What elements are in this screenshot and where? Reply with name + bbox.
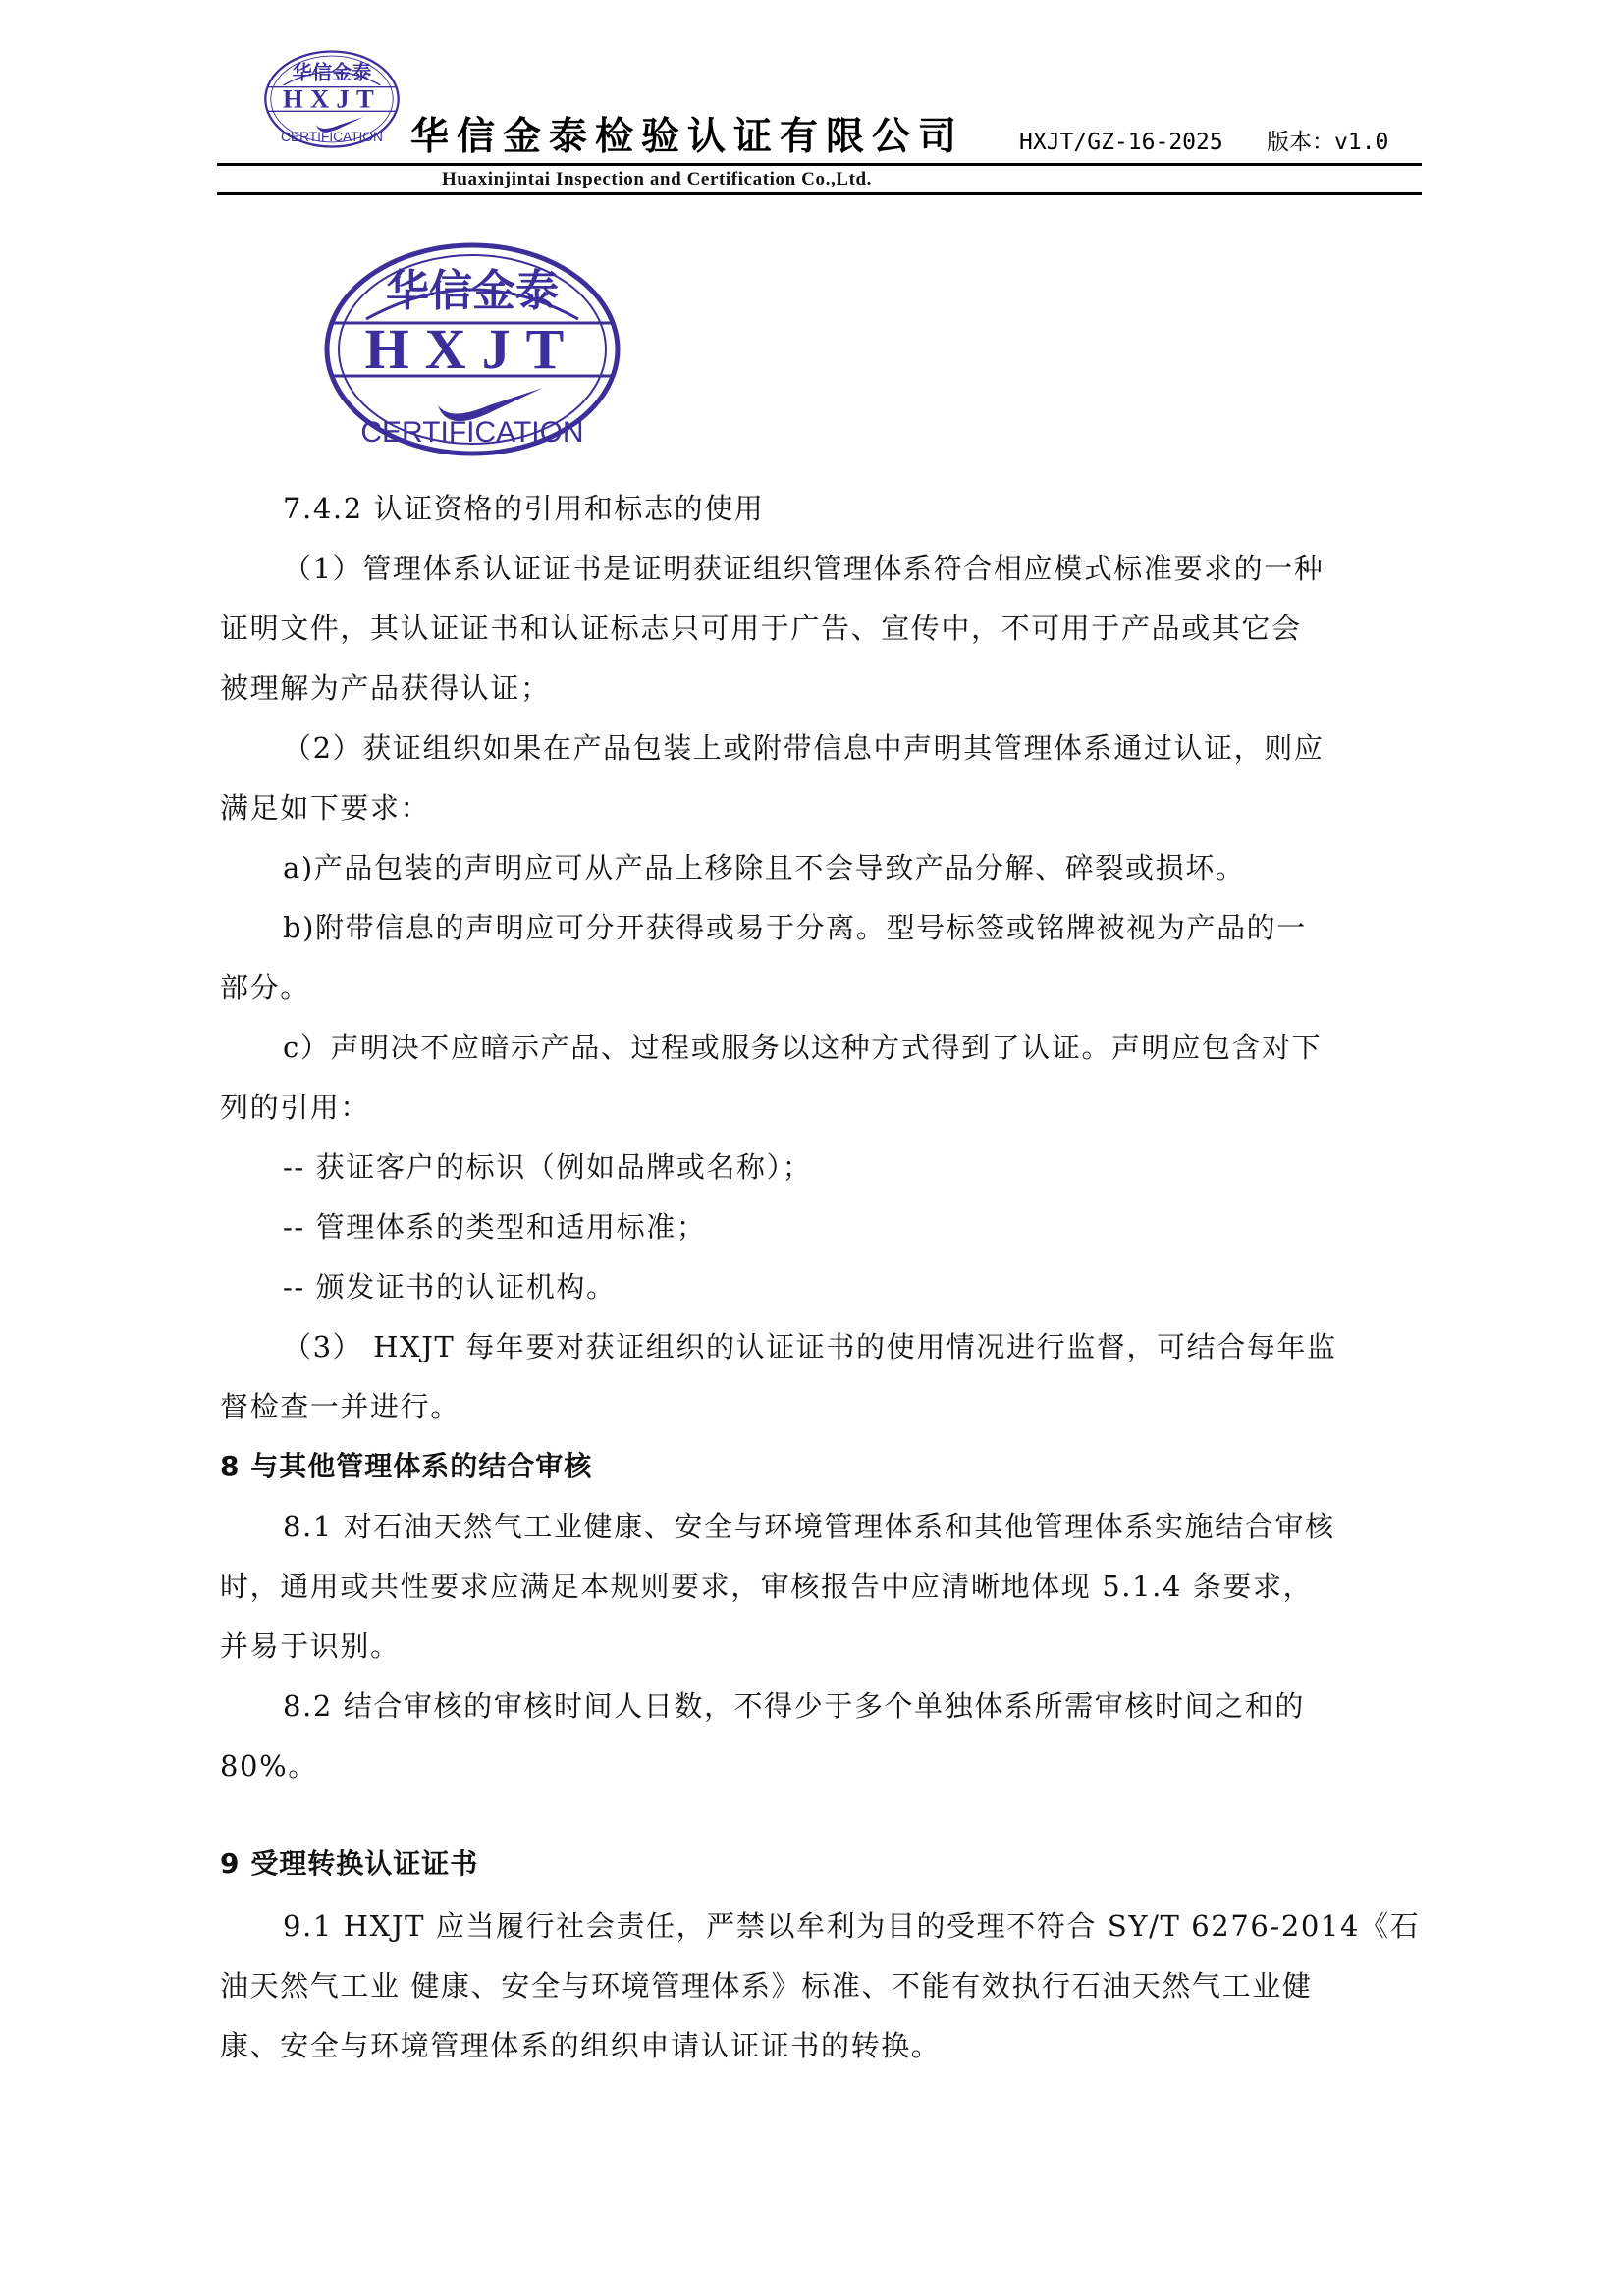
paragraph-line: 证明文件，其认证证书和认证标志只可用于广告、宣传中，不可用于产品或其它会 (220, 609, 1424, 648)
section-8-heading: 8 与其他管理体系的结合审核 (220, 1447, 1424, 1486)
hxjt-logo-icon: 华信金泰 HXJT CERTIFICATION (263, 47, 401, 151)
paragraph-line: （2）获证组织如果在产品包装上或附带信息中声明其管理体系通过认证，则应 (283, 728, 1424, 768)
paragraph-line: 督检查一并进行。 (220, 1387, 1424, 1426)
paragraph-line: （3） HXJT 每年要对获证组织的认证证书的使用情况进行监督，可结合每年监 (283, 1327, 1424, 1366)
dash-item: -- 颁发证书的认证机构。 (283, 1267, 1424, 1307)
header-logo: 华信金泰 HXJT CERTIFICATION (263, 47, 401, 151)
paragraph-line: （1）管理体系认证证书是证明获证组织管理体系符合相应模式标准要求的一种 (283, 549, 1424, 588)
svg-text:华信金泰: 华信金泰 (293, 60, 372, 83)
svg-text:华信金泰: 华信金泰 (386, 266, 559, 316)
paragraph-line: 8.2 结合审核的审核时间人日数，不得少于多个单独体系所需审核时间之和的 (283, 1686, 1424, 1726)
hxjt-certification-logo-icon: 华信金泰 HXJT CERTIFICATION (322, 240, 622, 458)
paragraph-line: 被理解为产品获得认证； (220, 668, 1424, 708)
company-name-en: Huaxinjintai Inspection and Certificatio… (442, 168, 872, 191)
section-7-4-2-title: 7.4.2 认证资格的引用和标志的使用 (283, 489, 1424, 528)
paragraph-line: 满足如下要求： (220, 788, 1424, 828)
dash-item: -- 管理体系的类型和适用标准； (283, 1207, 1424, 1247)
svg-text:HXJT: HXJT (365, 317, 580, 381)
section-9-heading: 9 受理转换认证证书 (220, 1844, 1424, 1884)
paragraph-line: 时，通用或共性要求应满足本规则要求，审核报告中应清晰地体现 5.1.4 条要求， (220, 1567, 1424, 1606)
paragraph-line: 油天然气工业 健康、安全与环境管理体系》标准、不能有效执行石油天然气工业健 (220, 1966, 1424, 2005)
certification-logo: 华信金泰 HXJT CERTIFICATION (322, 240, 622, 458)
document-version: 版本：v1.0 (1267, 128, 1388, 157)
paragraph-line: 8.1 对石油天然气工业健康、安全与环境管理体系和其他管理体系实施结合审核 (283, 1507, 1424, 1546)
svg-text:CERTIFICATION: CERTIFICATION (281, 130, 383, 144)
list-item-c: c）声明决不应暗示产品、过程或服务以这种方式得到了认证。声明应包含对下 (283, 1028, 1424, 1067)
svg-text:HXJT: HXJT (283, 84, 381, 114)
list-item-b: b)附带信息的声明应可分开获得或易于分离。型号标签或铭牌被视为产品的一 (283, 908, 1424, 947)
dash-item: -- 获证客户的标识（例如品牌或名称）； (283, 1148, 1424, 1187)
header-top-rule (217, 163, 1422, 166)
paragraph-line: 80%。 (220, 1746, 1424, 1786)
list-item-a: a)产品包装的声明应可从产品上移除且不会导致产品分解、碎裂或损坏。 (283, 848, 1424, 887)
paragraph-line: 并易于识别。 (220, 1627, 1424, 1666)
header-bottom-rule (217, 192, 1422, 195)
company-name-cn: 华信金泰检验认证有限公司 (410, 112, 964, 161)
svg-text:CERTIFICATION: CERTIFICATION (360, 416, 583, 449)
paragraph-line: 9.1 HXJT 应当履行社会责任，严禁以牟利为目的受理不符合 SY/T 627… (283, 1906, 1424, 1946)
document-code: HXJT/GZ-16-2025 (1019, 128, 1223, 157)
paragraph-line: 列的引用： (220, 1088, 1424, 1127)
paragraph-line: 部分。 (220, 968, 1424, 1007)
paragraph-line: 康、安全与环境管理体系的组织申请认证证书的转换。 (220, 2026, 1424, 2065)
